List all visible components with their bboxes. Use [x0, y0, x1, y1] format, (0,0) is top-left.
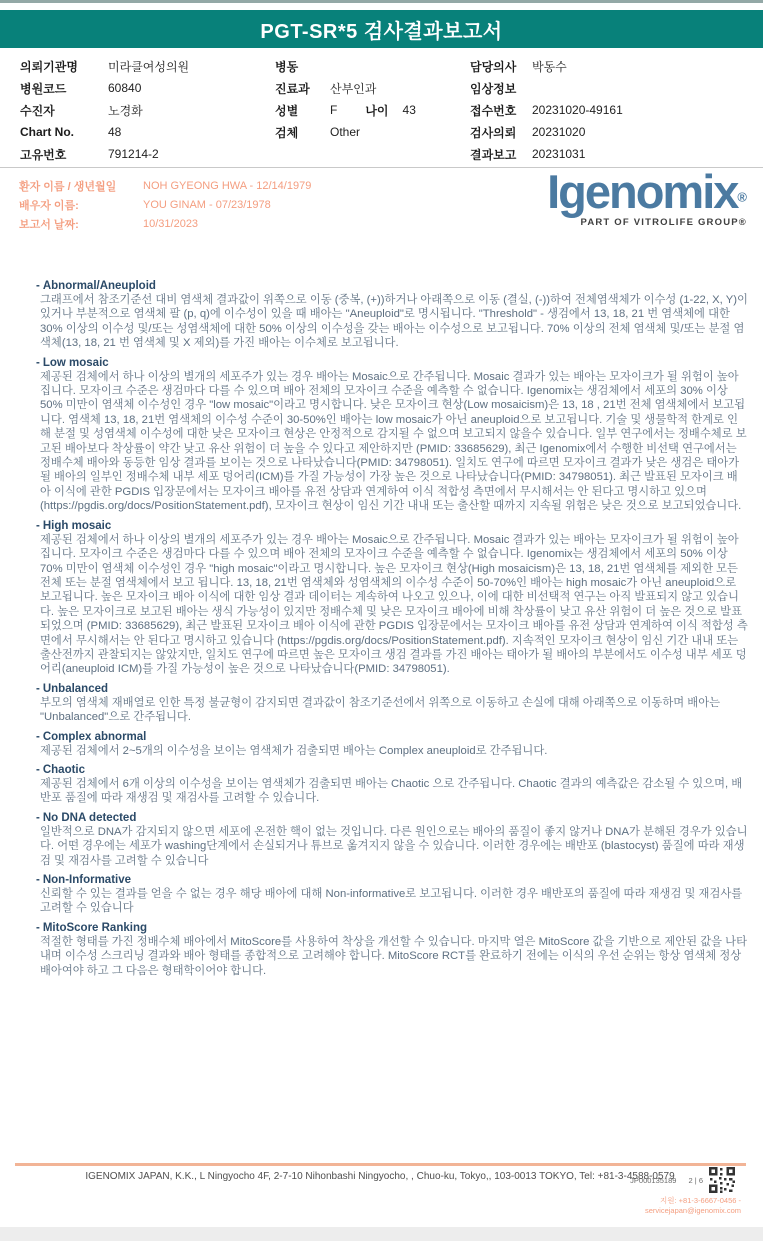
- section-title: Chaotic: [43, 764, 85, 776]
- field-value: 미라클여성의원: [108, 58, 189, 75]
- section-title: Complex abnormal: [43, 731, 147, 743]
- bullet-dash: -: [36, 357, 40, 369]
- patient-info-table: 의뢰기관명 미라클여성의원 병원코드 60840 수진자 노경화 Chart N…: [0, 55, 763, 160]
- top-hairline: [0, 0, 763, 3]
- section-high-mosaic: -High mosaic 제공된 검체에서 하나 이상의 별개의 세포주가 있는…: [36, 519, 748, 677]
- field-label: 접수번호: [470, 102, 532, 119]
- section-title: Unbalanced: [43, 683, 108, 695]
- field-value: 20231020-49161: [532, 103, 623, 117]
- patient-name-value: NOH GYEONG HWA - 12/14/1979: [143, 180, 311, 192]
- section-mitoscore-ranking: -MitoScore Ranking 적절한 형태를 가진 정배수체 배아에서 …: [36, 921, 748, 978]
- registered-mark-icon: ®: [737, 190, 747, 205]
- bottom-page-edge: [0, 1227, 763, 1241]
- section-low-mosaic: -Low mosaic 제공된 검체에서 하나 이상의 별개의 세포주가 있는 …: [36, 356, 748, 514]
- section-title: High mosaic: [43, 520, 111, 532]
- info-column-middle: 병동 진료과 산부인과 성별 F 나이 43 검체 Other: [275, 55, 465, 143]
- info-row-institution: 의뢰기관명 미라클여성의원: [20, 55, 270, 77]
- section-heading: -Chaotic: [36, 763, 748, 777]
- patient-name-row: 환자 이름 / 생년월일 NOH GYEONG HWA - 12/14/1979: [19, 176, 459, 195]
- field-value: 20231031: [532, 147, 585, 161]
- partner-name-row: 배우자 이름: YOU GINAM - 07/23/1978: [19, 195, 459, 214]
- igenomix-logo: Igenomix® PART OF VITROLIFE GROUP®: [487, 168, 747, 228]
- info-row-receipt-no: 접수번호 20231020-49161: [470, 99, 750, 121]
- footer-meta: JP000135189 2 | 6: [630, 1176, 703, 1185]
- report-date-label: 보고서 날짜:: [19, 216, 143, 232]
- field-label: 병원코드: [20, 80, 108, 97]
- field-value: 박동수: [532, 58, 567, 75]
- field-value: 48: [108, 125, 121, 139]
- section-title: Non-Informative: [43, 874, 131, 886]
- info-row-unique-id: 고유번호 791214-2: [20, 143, 270, 165]
- section-abnormal-aneuploid: -Abnormal/Aneuploid 그래프에서 참조기준선 대비 염색체 결…: [36, 279, 748, 351]
- section-complex-abnormal: -Complex abnormal 제공된 검체에서 2~5개의 이수성을 보이…: [36, 730, 748, 758]
- info-row-clinical-info: 임상정보: [470, 77, 750, 99]
- definitions-sections: -Abnormal/Aneuploid 그래프에서 참조기준선 대비 염색체 결…: [36, 279, 748, 983]
- field-label: 결과보고: [470, 146, 532, 163]
- section-title: Abnormal/Aneuploid: [43, 280, 156, 292]
- bullet-dash: -: [36, 874, 40, 886]
- info-row-doctor: 담당의사 박동수: [470, 55, 750, 77]
- field-label: 병동: [275, 58, 330, 75]
- report-page: PGT-SR*5 검사결과보고서 의뢰기관명 미라클여성의원 병원코드 6084…: [0, 0, 763, 1241]
- info-row-examinee: 수진자 노경화: [20, 99, 270, 121]
- logo-wordmark: Igenomix: [547, 165, 737, 218]
- info-row-hospital-code: 병원코드 60840: [20, 77, 270, 99]
- info-row-test-request: 검사의뢰 20231020: [470, 121, 750, 143]
- section-heading: -Abnormal/Aneuploid: [36, 279, 748, 293]
- footer-accent-line: [15, 1163, 746, 1166]
- section-heading: -Unbalanced: [36, 682, 748, 696]
- page-title: PGT-SR*5 검사결과보고서: [260, 15, 502, 44]
- field-value: 20231020: [532, 125, 585, 139]
- bullet-dash: -: [36, 683, 40, 695]
- qr-code-icon: [709, 1167, 735, 1193]
- bullet-dash: -: [36, 812, 40, 824]
- section-body: 일반적으로 DNA가 감지되지 않으면 세포에 온전한 핵이 없는 것입니다. …: [40, 825, 748, 868]
- section-non-informative: -Non-Informative 신뢰할 수 있는 결과를 얻을 수 없는 경우…: [36, 873, 748, 916]
- partner-name-value: YOU GINAM - 07/23/1978: [143, 199, 271, 211]
- section-body: 신뢰할 수 있는 결과를 얻을 수 없는 경우 해당 배아에 대해 Non-in…: [40, 887, 748, 916]
- section-body: 제공된 검체에서 하나 이상의 별개의 세포주가 있는 경우 배아는 Mosai…: [40, 370, 748, 514]
- report-date-row: 보고서 날짜: 10/31/2023: [19, 214, 459, 233]
- section-body: 그래프에서 참조기준선 대비 염색체 결과값이 위쪽으로 이동 (중복, (+)…: [40, 293, 748, 351]
- bullet-dash: -: [36, 280, 40, 292]
- section-heading: -Low mosaic: [36, 356, 748, 370]
- logo-tagline: PART OF VITROLIFE GROUP®: [487, 217, 747, 228]
- bullet-dash: -: [36, 922, 40, 934]
- bullet-dash: -: [36, 764, 40, 776]
- info-row-chart-no: Chart No. 48: [20, 121, 270, 143]
- section-heading: -Complex abnormal: [36, 730, 748, 744]
- section-no-dna-detected: -No DNA detected 일반적으로 DNA가 감지되지 않으면 세포에…: [36, 811, 748, 868]
- info-column-left: 의뢰기관명 미라클여성의원 병원코드 60840 수진자 노경화 Chart N…: [20, 55, 270, 165]
- section-title: MitoScore Ranking: [43, 922, 147, 934]
- field-label-age: 나이: [365, 102, 388, 119]
- section-title: Low mosaic: [43, 357, 109, 369]
- field-label: 수진자: [20, 102, 108, 119]
- section-heading: -No DNA detected: [36, 811, 748, 825]
- info-column-right: 담당의사 박동수 임상정보 접수번호 20231020-49161 검사의뢰 2…: [470, 55, 750, 165]
- footer-support-contact: 지원: +81-3-6667-0456 - servicejapan@igeno…: [571, 1196, 741, 1216]
- patient-summary-block: 환자 이름 / 생년월일 NOH GYEONG HWA - 12/14/1979…: [19, 176, 459, 233]
- field-value: 60840: [108, 81, 141, 95]
- bullet-dash: -: [36, 731, 40, 743]
- field-value: 791214-2: [108, 147, 159, 161]
- section-heading: -High mosaic: [36, 519, 748, 533]
- patient-name-label: 환자 이름 / 생년월일: [19, 178, 143, 194]
- field-value: 노경화: [108, 102, 143, 119]
- section-heading: -Non-Informative: [36, 873, 748, 887]
- field-label: 검사의뢰: [470, 124, 532, 141]
- document-code: JP000135189: [630, 1176, 676, 1185]
- page-number: 2 | 6: [689, 1176, 703, 1185]
- field-label: 고유번호: [20, 146, 108, 163]
- section-body: 제공된 검체에서 하나 이상의 별개의 세포주가 있는 경우 배아는 Mosai…: [40, 533, 748, 677]
- report-title-bar: PGT-SR*5 검사결과보고서: [0, 10, 763, 48]
- field-value: Other: [330, 125, 360, 139]
- field-value: F: [330, 103, 337, 117]
- info-row-specimen: 검체 Other: [275, 121, 465, 143]
- field-label: 의뢰기관명: [20, 58, 108, 75]
- section-body: 적절한 형태를 가진 정배수체 배아에서 MitoScore를 사용하여 착상을…: [40, 935, 748, 978]
- field-value: 산부인과: [330, 80, 376, 97]
- info-row-sex-age: 성별 F 나이 43: [275, 99, 465, 121]
- field-value-age: 43: [403, 103, 416, 117]
- field-label: 성별: [275, 102, 330, 119]
- info-row-department: 진료과 산부인과: [275, 77, 465, 99]
- partner-name-label: 배우자 이름:: [19, 197, 143, 213]
- field-label: 검체: [275, 124, 330, 141]
- field-label: 진료과: [275, 80, 330, 97]
- info-row-ward: 병동: [275, 55, 465, 77]
- bullet-dash: -: [36, 520, 40, 532]
- field-label: 담당의사: [470, 58, 532, 75]
- section-body: 부모의 염색체 재배열로 인한 특정 불균형이 감지되면 결과값이 참조기준선에…: [40, 696, 748, 725]
- field-label: Chart No.: [20, 125, 108, 139]
- footer-address: IGENOMIX JAPAN, K.K., L Ningyocho 4F, 2-…: [85, 1170, 675, 1183]
- section-body: 제공된 검체에서 2~5개의 이수성을 보이는 염색체가 검출되면 배아는 Co…: [40, 744, 748, 758]
- section-body: 제공된 검체에서 6개 이상의 이수성을 보이는 염색체가 검출되면 배아는 C…: [40, 777, 748, 806]
- section-chaotic: -Chaotic 제공된 검체에서 6개 이상의 이수성을 보이는 염색체가 검…: [36, 763, 748, 806]
- section-heading: -MitoScore Ranking: [36, 921, 748, 935]
- field-label: 임상정보: [470, 80, 532, 97]
- info-row-result-report: 결과보고 20231031: [470, 143, 750, 165]
- report-date-value: 10/31/2023: [143, 218, 198, 230]
- section-title: No DNA detected: [43, 812, 137, 824]
- section-unbalanced: -Unbalanced 부모의 염색체 재배열로 인한 특정 불균형이 감지되면…: [36, 682, 748, 725]
